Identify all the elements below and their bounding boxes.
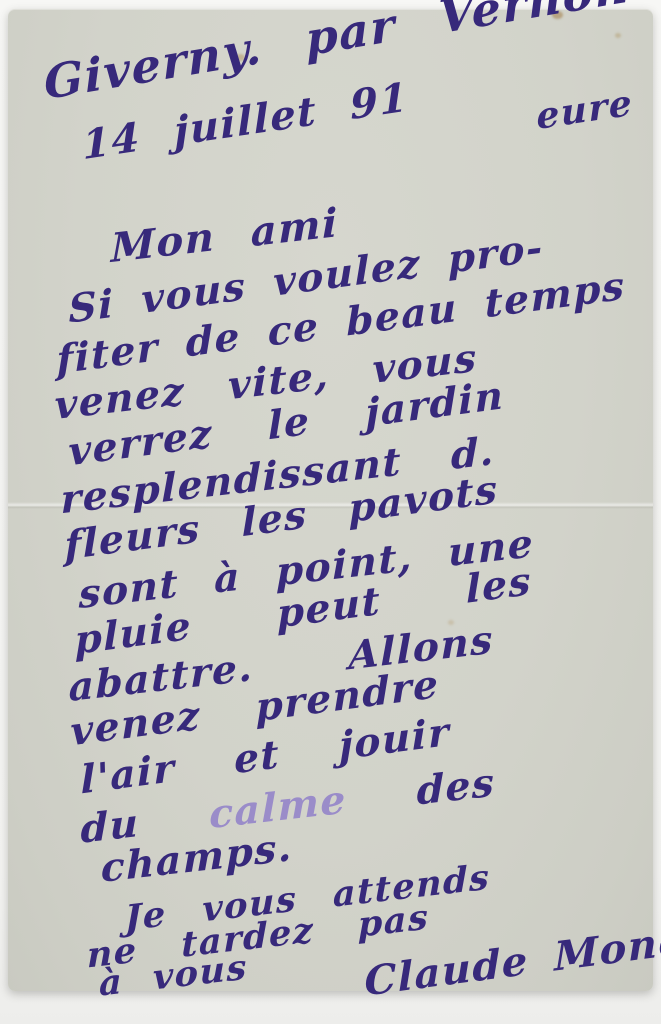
letter-region-line: eure	[535, 88, 635, 132]
scan-background: Giverny. par Vernon eure 14 juillet 91 M…	[0, 0, 661, 1024]
calme-post-word: des	[417, 760, 496, 815]
